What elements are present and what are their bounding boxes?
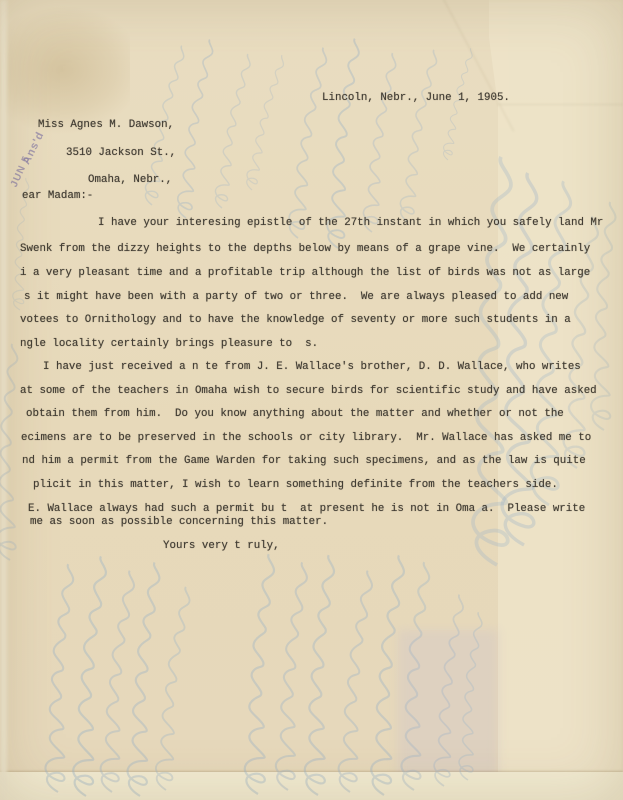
letter-line: E. Wallace always had such a permit bu t… [28,503,585,515]
letter-line: Yours very t ruly, [163,540,280,552]
letter-line: ecimens are to be preserved in the schoo… [21,432,591,444]
letter-line: nd him a permit from the Game Warden for… [22,455,586,467]
letter-line: ngle locality certainly brings pleasure … [20,338,318,350]
letter-line: Lincoln, Nebr., June 1, 1905. [322,92,510,104]
letter-line: I have your interesing epistle of the 27… [98,217,603,229]
letter-line: 3510 Jackson St., [66,147,176,159]
letter-line: votees to Ornithology and to have the kn… [20,314,571,326]
letter-line: s it might have been with a party of two… [24,291,568,303]
letter-line: plicit in this matter, I wish to learn s… [33,479,558,491]
letter-line: obtain them from him. Do you know anythi… [26,408,564,420]
letter-line: Omaha, Nebr., [88,174,172,186]
letter-line: i a very pleasant time and a profitable … [20,267,590,279]
letter-line: at some of the teachers in Omaha wish to… [20,385,597,397]
letter-line: Miss Agnes M. Dawson, [38,119,174,131]
letter-line: ear Madam:- [22,190,93,202]
letter-line: me as soon as possible concerning this m… [30,516,328,528]
letter-line: I have just received a n te from J. E. W… [43,361,581,373]
scanned-letter-page: Ans'd JUN 5 Lincoln, Nebr., June 1, 1905… [0,0,623,800]
letter-line: Swenk from the dizzy heights to the dept… [20,243,590,255]
